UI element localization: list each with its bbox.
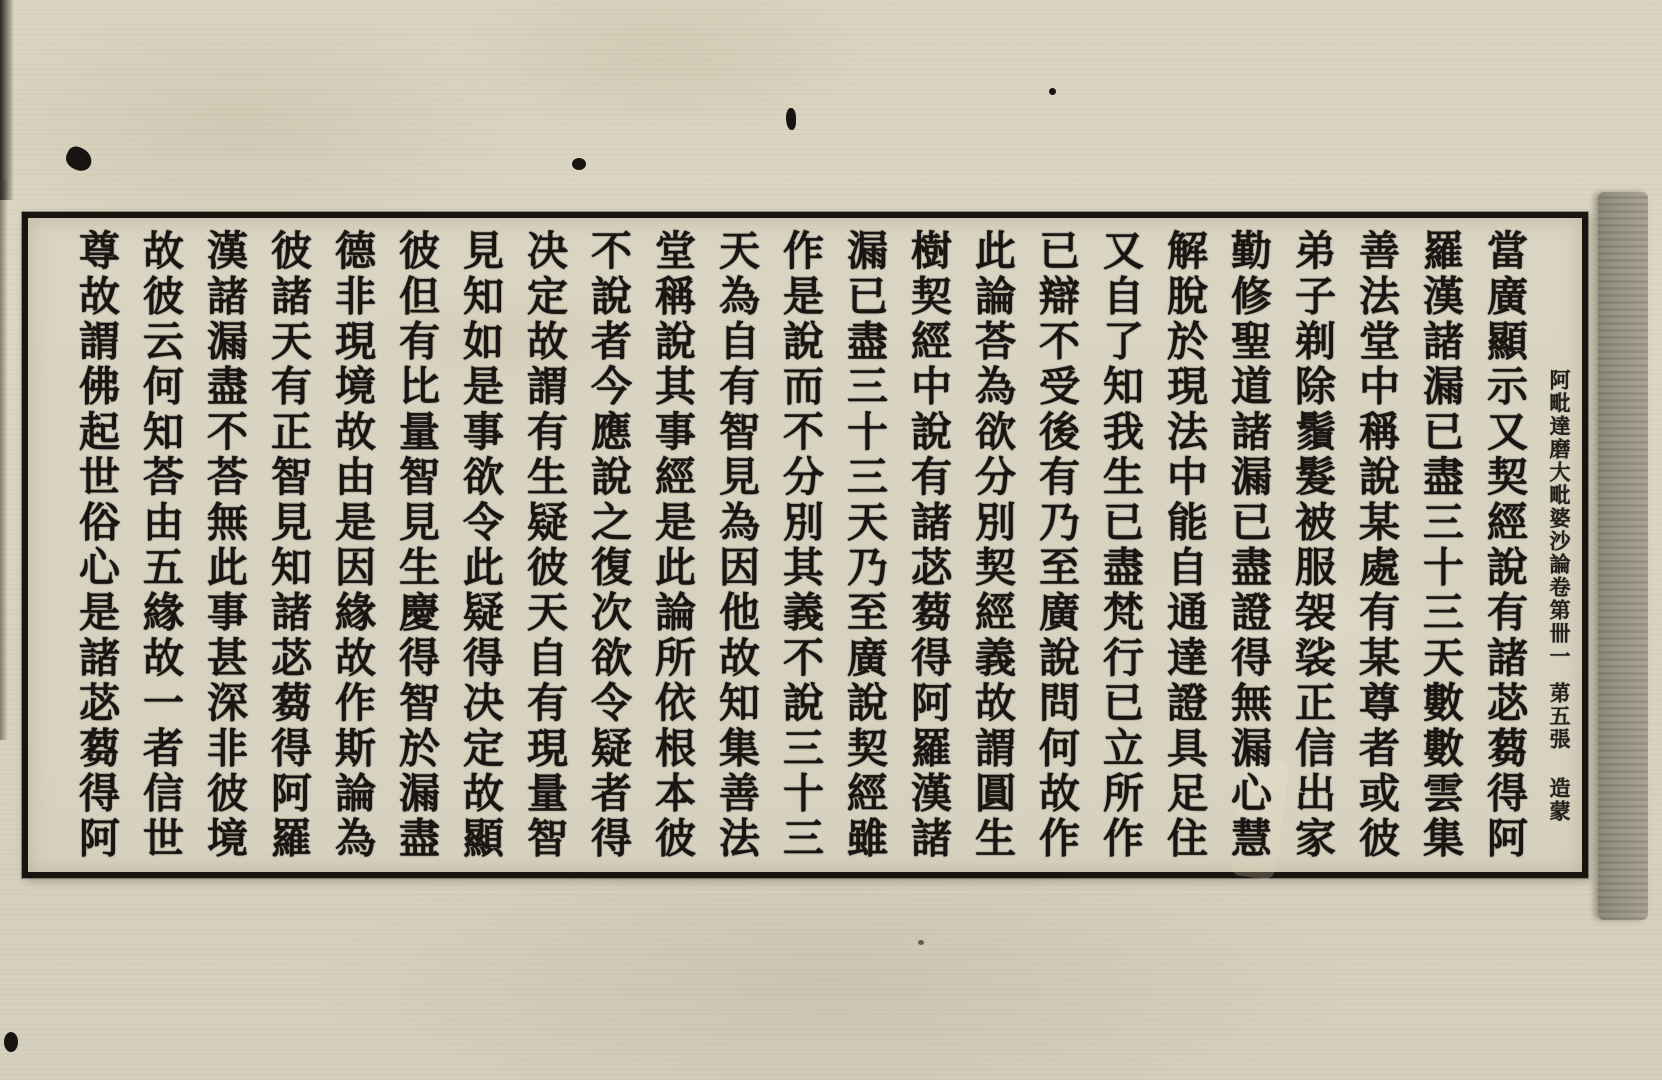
- text-column: 見知如是事欲令此疑得决定故顯: [436, 229, 500, 864]
- page-edge-shadow-left-lower: [0, 180, 8, 740]
- marginal-title-column: 阿毗達磨大毗婆沙論卷第卌一苐五張造蒙: [1524, 229, 1574, 864]
- scanned-sutra-page: { "page": { "marginal_title": { "scroll_…: [0, 0, 1662, 1080]
- text-column: 故彼云何知荅由五緣故一者信世: [116, 229, 180, 864]
- ink-speck: [918, 940, 924, 945]
- ink-speck: [63, 144, 96, 175]
- page-edge-shadow-left: [0, 0, 14, 200]
- text-column: 彼諸天有正智見知諸苾蒭得阿羅: [244, 229, 308, 864]
- ink-speck: [786, 108, 796, 130]
- text-column: 作是說而不分別其義不說三十三: [756, 229, 820, 864]
- text-column: 弟子剃除鬚髮被服袈裟正信出家: [1268, 229, 1332, 864]
- text-column: 彼但有比量智見生慶得智於漏盡: [372, 229, 436, 864]
- sheet-number: 苐五張: [1547, 682, 1572, 751]
- printed-text-frame: 阿毗達磨大毗婆沙論卷第卌一苐五張造蒙 當廣顯示又契經說有諸苾蒭得阿羅漢諸漏已盡三…: [22, 212, 1588, 878]
- sutra-text-block: 阿毗達磨大毗婆沙論卷第卌一苐五張造蒙 當廣顯示又契經說有諸苾蒭得阿羅漢諸漏已盡三…: [28, 218, 1582, 872]
- ink-speck: [572, 158, 586, 170]
- ink-speck: [1049, 88, 1056, 95]
- text-column: 已辯不受後有乃至廣說問何故作: [1012, 229, 1076, 864]
- text-column: 羅漢諸漏已盡三十三天數數雲集: [1396, 229, 1460, 864]
- text-column: 當廣顯示又契經說有諸苾蒭得阿: [1460, 229, 1524, 864]
- text-column: 又自了知我生已盡梵行已立所作: [1076, 229, 1140, 864]
- carver-mark: 造蒙: [1547, 777, 1572, 823]
- text-column: 天為自有智見為因他故知集善法: [692, 229, 756, 864]
- text-column: 漢諸漏盡不荅無此事甚深非彼境: [180, 229, 244, 864]
- text-column: 此論荅為欲分別契經義故謂圓生: [948, 229, 1012, 864]
- text-column: 解脫於現法中能自通達證具足住: [1140, 229, 1204, 864]
- text-column: 堂稱說其事經是此論所依根本彼: [628, 229, 692, 864]
- text-column: 尊故謂佛起世俗心是諸苾蒭得阿: [52, 229, 116, 864]
- text-column: 漏已盡三十三天乃至廣說契經雖: [820, 229, 884, 864]
- text-column: 善法堂中稱說某處有某尊者或彼: [1332, 229, 1396, 864]
- text-column: 决定故謂有生疑彼天自有現量智: [500, 229, 564, 864]
- text-column: 德非現境故由是因緣故作斯論為: [308, 229, 372, 864]
- text-column: 勤修聖道諸漏已盡證得無漏心慧: [1204, 229, 1268, 864]
- scroll-title: 阿毗達磨大毗婆沙論卷第卌一: [1547, 369, 1572, 668]
- text-column: 不說者今應說之復次欲令疑者得: [564, 229, 628, 864]
- ink-speck: [4, 1032, 18, 1052]
- text-column: 樹契經中說有諸苾蒭得阿羅漢諸: [884, 229, 948, 864]
- adjacent-page-edge: [1598, 192, 1648, 920]
